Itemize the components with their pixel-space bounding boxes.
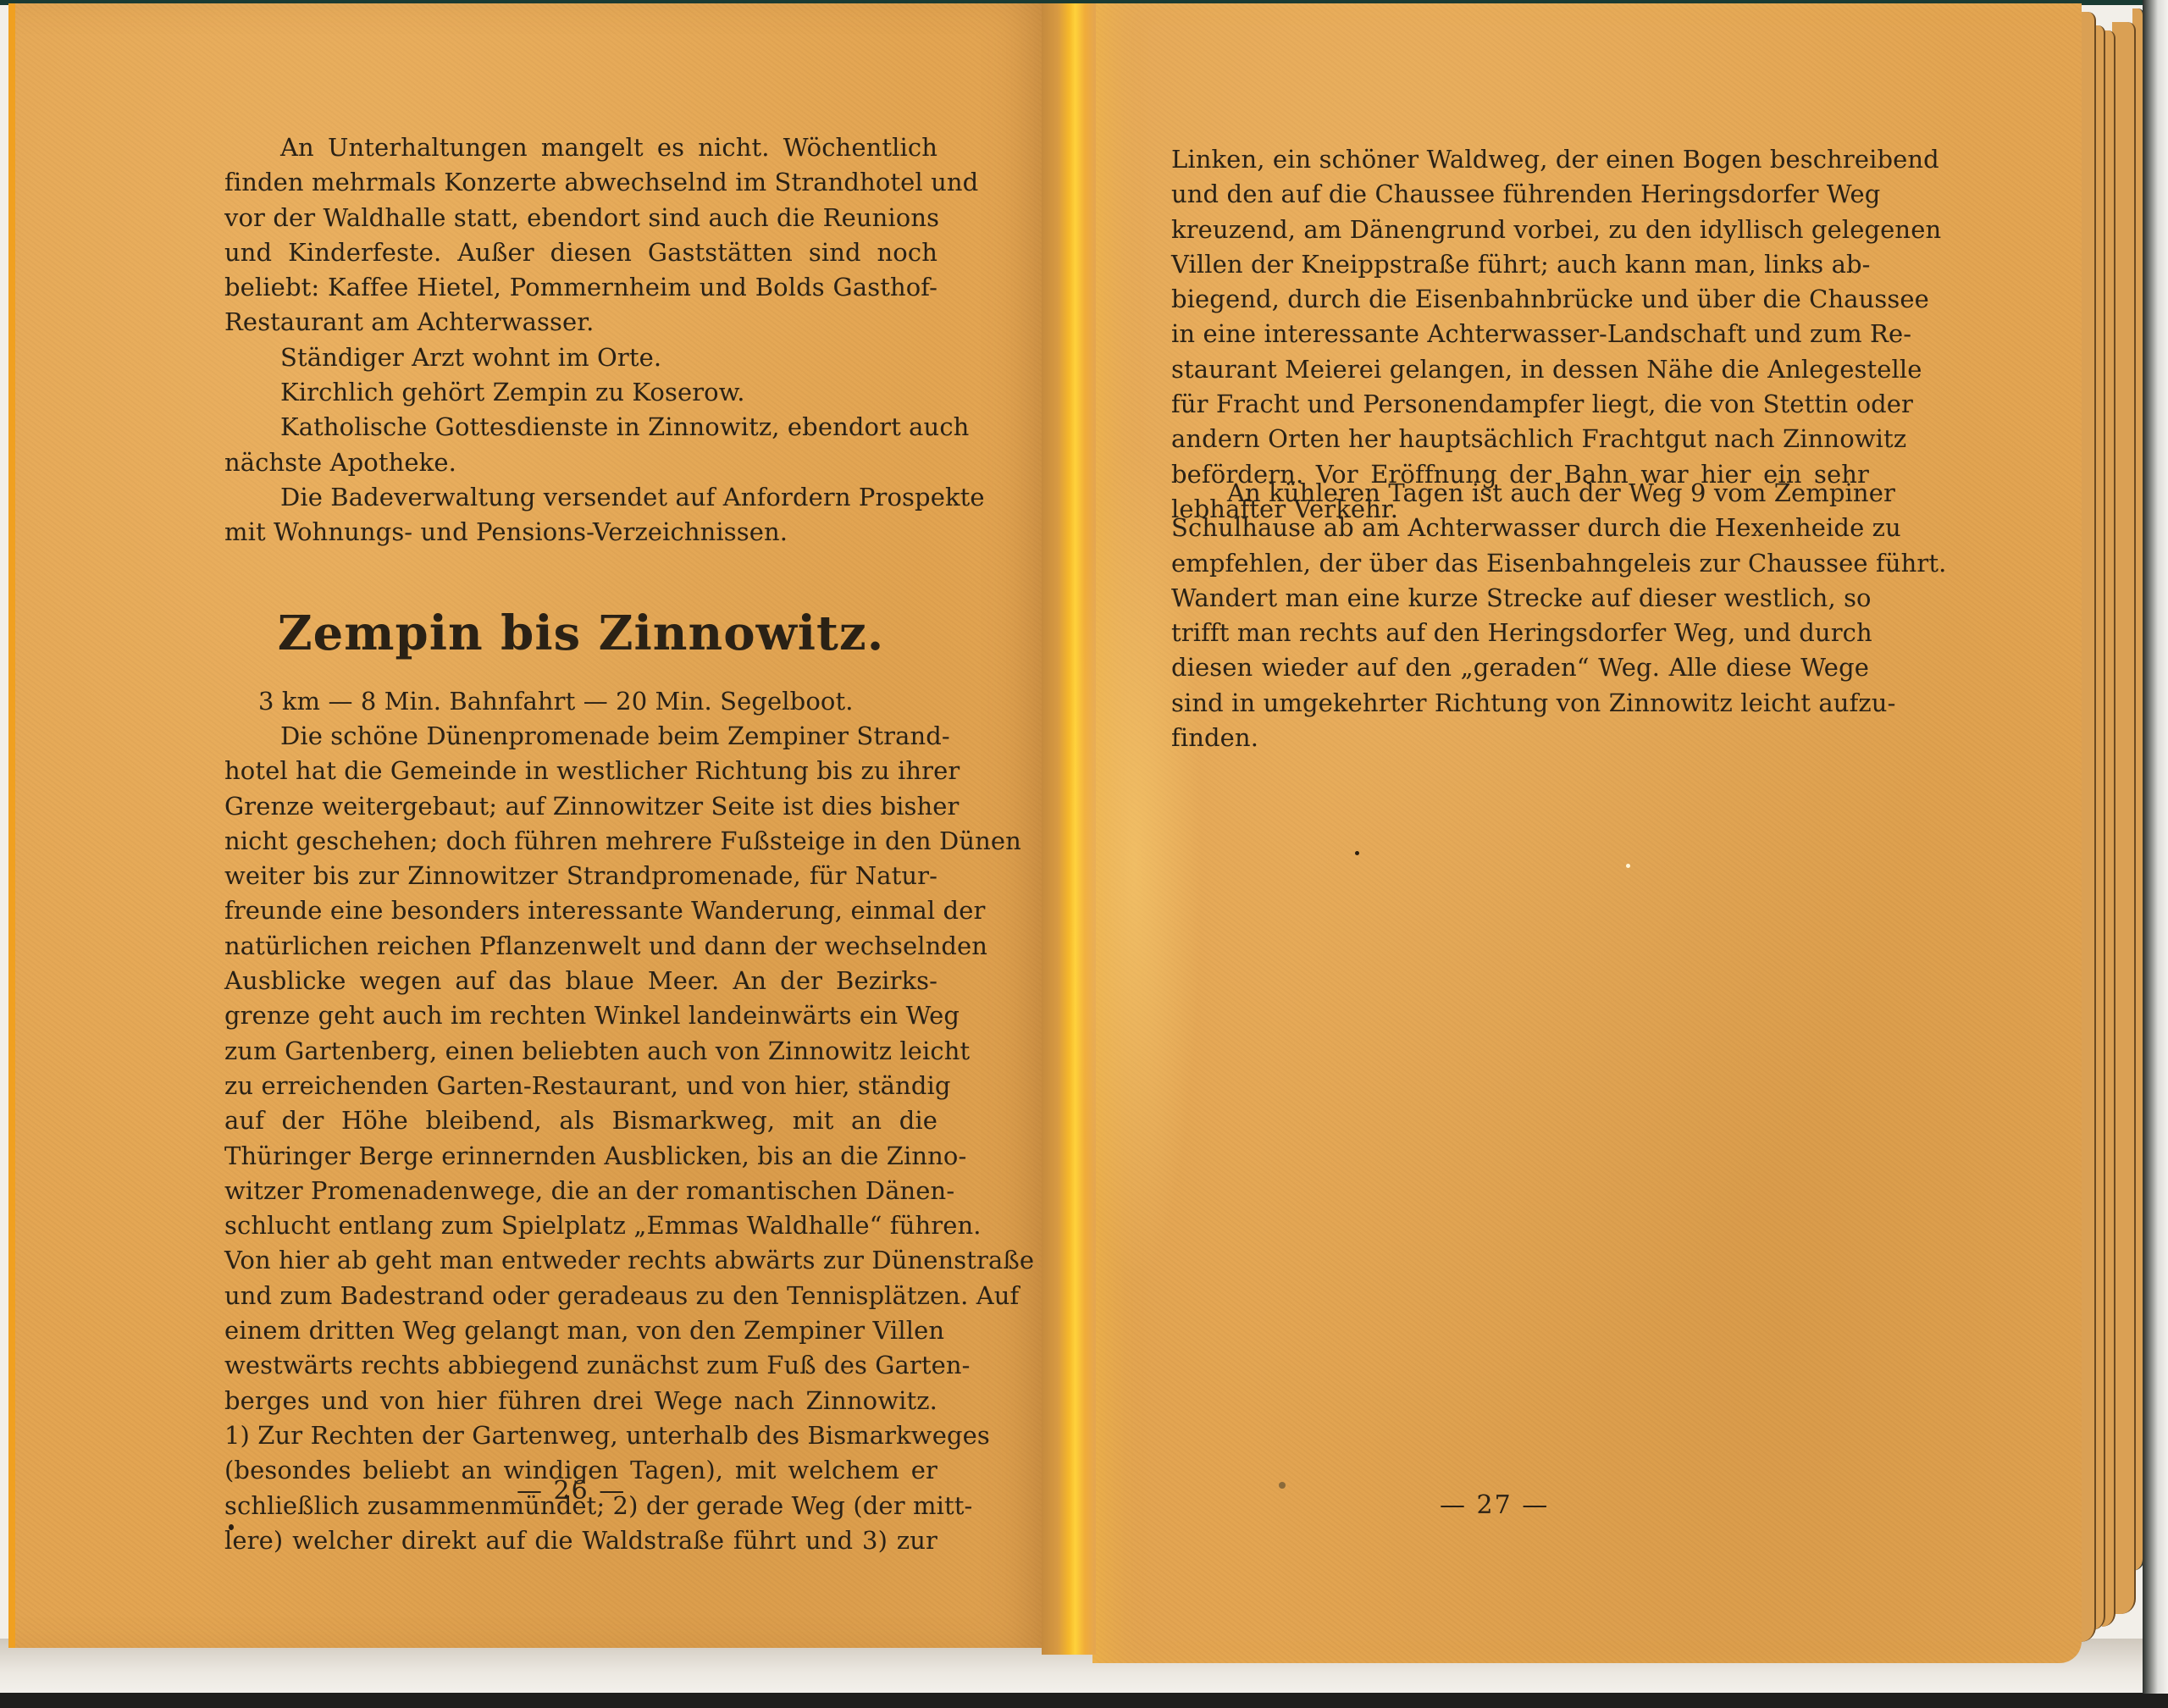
text-line: auf der Höhe bleibend, als Bismarkweg, m… xyxy=(224,1103,937,1138)
text-line: Wandert man eine kurze Strecke auf diese… xyxy=(1171,581,1869,616)
page-edge-stack xyxy=(2112,22,2136,1614)
text-line: einem dritten Weg gelangt man, von den Z… xyxy=(224,1313,937,1348)
text-line: westwärts rechts abbiegend zunächst zum … xyxy=(224,1348,937,1383)
text-line: Ausblicke wegen auf das blaue Meer. An d… xyxy=(224,964,937,998)
page-number-right: — 27 — xyxy=(1440,1490,1549,1520)
paper-speck xyxy=(1626,864,1630,868)
left-page-main-text: Die schöne Dünenpromenade beim Zempiner … xyxy=(224,719,937,1558)
text-line: vor der Waldhalle statt, ebendort sind a… xyxy=(224,201,937,235)
text-line: und zum Badestrand oder geradeaus zu den… xyxy=(224,1279,937,1313)
text-line: Die Badeverwaltung versendet auf Anforde… xyxy=(224,480,937,515)
section-subheading: 3 km — 8 Min. Bahnfahrt — 20 Min. Segelb… xyxy=(224,684,937,719)
text-line: schlucht entlang zum Spielplatz „Emmas W… xyxy=(224,1208,937,1243)
text-line: andern Orten her hauptsächlich Frachtgut… xyxy=(1171,422,1869,456)
text-line: Die schöne Dünenpromenade beim Zempiner … xyxy=(224,719,937,754)
text-line: und den auf die Chaussee führenden Herin… xyxy=(1171,177,1869,212)
text-line: An kühleren Tagen ist auch der Weg 9 vom… xyxy=(1171,476,1869,511)
text-line: witzer Promenadenwege, die an der romant… xyxy=(224,1174,937,1208)
section-heading: Zempin bis Zinnowitz. xyxy=(224,605,937,661)
left-page-edge xyxy=(8,3,15,1648)
text-line: und Kinderfeste. Außer diesen Gaststätte… xyxy=(224,235,937,270)
text-line: freunde eine besonders interessante Wand… xyxy=(224,893,937,928)
text-line: berges und von hier führen drei Wege nac… xyxy=(224,1384,937,1418)
text-line: 3 km — 8 Min. Bahnfahrt — 20 Min. Segelb… xyxy=(224,684,937,719)
text-line: weiter bis zur Zinnowitzer Strandpromena… xyxy=(224,859,937,893)
text-line: An Unterhaltungen mangelt es nicht. Wöch… xyxy=(224,130,937,165)
right-page-text-1: Linken, ein schöner Waldweg, der einen B… xyxy=(1171,142,1869,527)
text-line: trifft man rechts auf den Heringsdorfer … xyxy=(1171,616,1869,650)
text-line: Thüringer Berge erinnernden Ausblicken, … xyxy=(224,1139,937,1174)
text-line: Restaurant am Achterwasser. xyxy=(224,305,937,340)
text-line: grenze geht auch im rechten Winkel lande… xyxy=(224,998,937,1033)
text-line: 1) Zur Rechten der Gartenweg, unterhalb … xyxy=(224,1418,937,1453)
text-line: Kirchlich gehört Zempin zu Koserow. xyxy=(224,375,937,410)
text-line: zum Gartenberg, einen beliebten auch von… xyxy=(224,1034,937,1069)
page-number-left: — 26 — xyxy=(517,1476,626,1506)
text-line: biegend, durch die Eisenbahnbrücke und ü… xyxy=(1171,282,1869,317)
text-line: kreuzend, am Dänengrund vorbei, zu den i… xyxy=(1171,213,1869,247)
text-line: nicht geschehen; doch führen mehrere Fuß… xyxy=(224,824,937,859)
text-line: diesen wieder auf den „geraden“ Weg. All… xyxy=(1171,650,1869,685)
text-line: Ständiger Arzt wohnt im Orte. xyxy=(224,340,937,375)
ink-speck xyxy=(1355,851,1359,855)
text-line: Von hier ab geht man entweder rechts abw… xyxy=(224,1243,937,1278)
text-line: lere) welcher direkt auf die Waldstraße … xyxy=(224,1523,937,1558)
text-line: für Fracht und Personendampfer liegt, di… xyxy=(1171,387,1869,422)
text-line: hotel hat die Gemeinde in westlicher Ric… xyxy=(224,754,937,788)
text-line: empfehlen, der über das Eisenbahngeleis … xyxy=(1171,546,1869,581)
text-line: Katholische Gottesdienste in Zinnowitz, … xyxy=(224,410,937,445)
text-line: Grenze weitergebaut; auf Zinnowitzer Sei… xyxy=(224,789,937,824)
text-line: Villen der Kneippstraße führt; auch kann… xyxy=(1171,247,1869,282)
right-page-text-2: An kühleren Tagen ist auch der Weg 9 vom… xyxy=(1171,476,1869,755)
text-line: natürlichen reichen Pflanzenwelt und dan… xyxy=(224,929,937,964)
text-line: beliebt: Kaffee Hietel, Pommernheim und … xyxy=(224,270,937,305)
text-line: finden mehrmals Konzerte abwechselnd im … xyxy=(224,165,937,200)
paper-speck xyxy=(1279,1482,1286,1489)
text-line: Schulhause ab am Achterwasser durch die … xyxy=(1171,511,1869,545)
scanner-right-edge xyxy=(2143,0,2168,1694)
text-line: sind in umgekehrter Richtung von Zinnowi… xyxy=(1171,686,1869,721)
text-line: nächste Apotheke. xyxy=(224,445,937,480)
left-page-top-text: An Unterhaltungen mangelt es nicht. Wöch… xyxy=(224,130,937,550)
text-line: staurant Meierei gelangen, in dessen Näh… xyxy=(1171,352,1869,387)
text-line: in eine interessante Achterwasser-Landsc… xyxy=(1171,317,1869,351)
text-line: zu erreichenden Garten-Restaurant, und v… xyxy=(224,1069,937,1103)
text-line: finden. xyxy=(1171,721,1869,755)
text-line: Linken, ein schöner Waldweg, der einen B… xyxy=(1171,142,1869,177)
scanner-bottom-edge xyxy=(0,1693,2168,1708)
page-edge-stack xyxy=(2079,12,2096,1642)
text-line: mit Wohnungs- und Pensions-Verzeichnisse… xyxy=(224,515,937,550)
